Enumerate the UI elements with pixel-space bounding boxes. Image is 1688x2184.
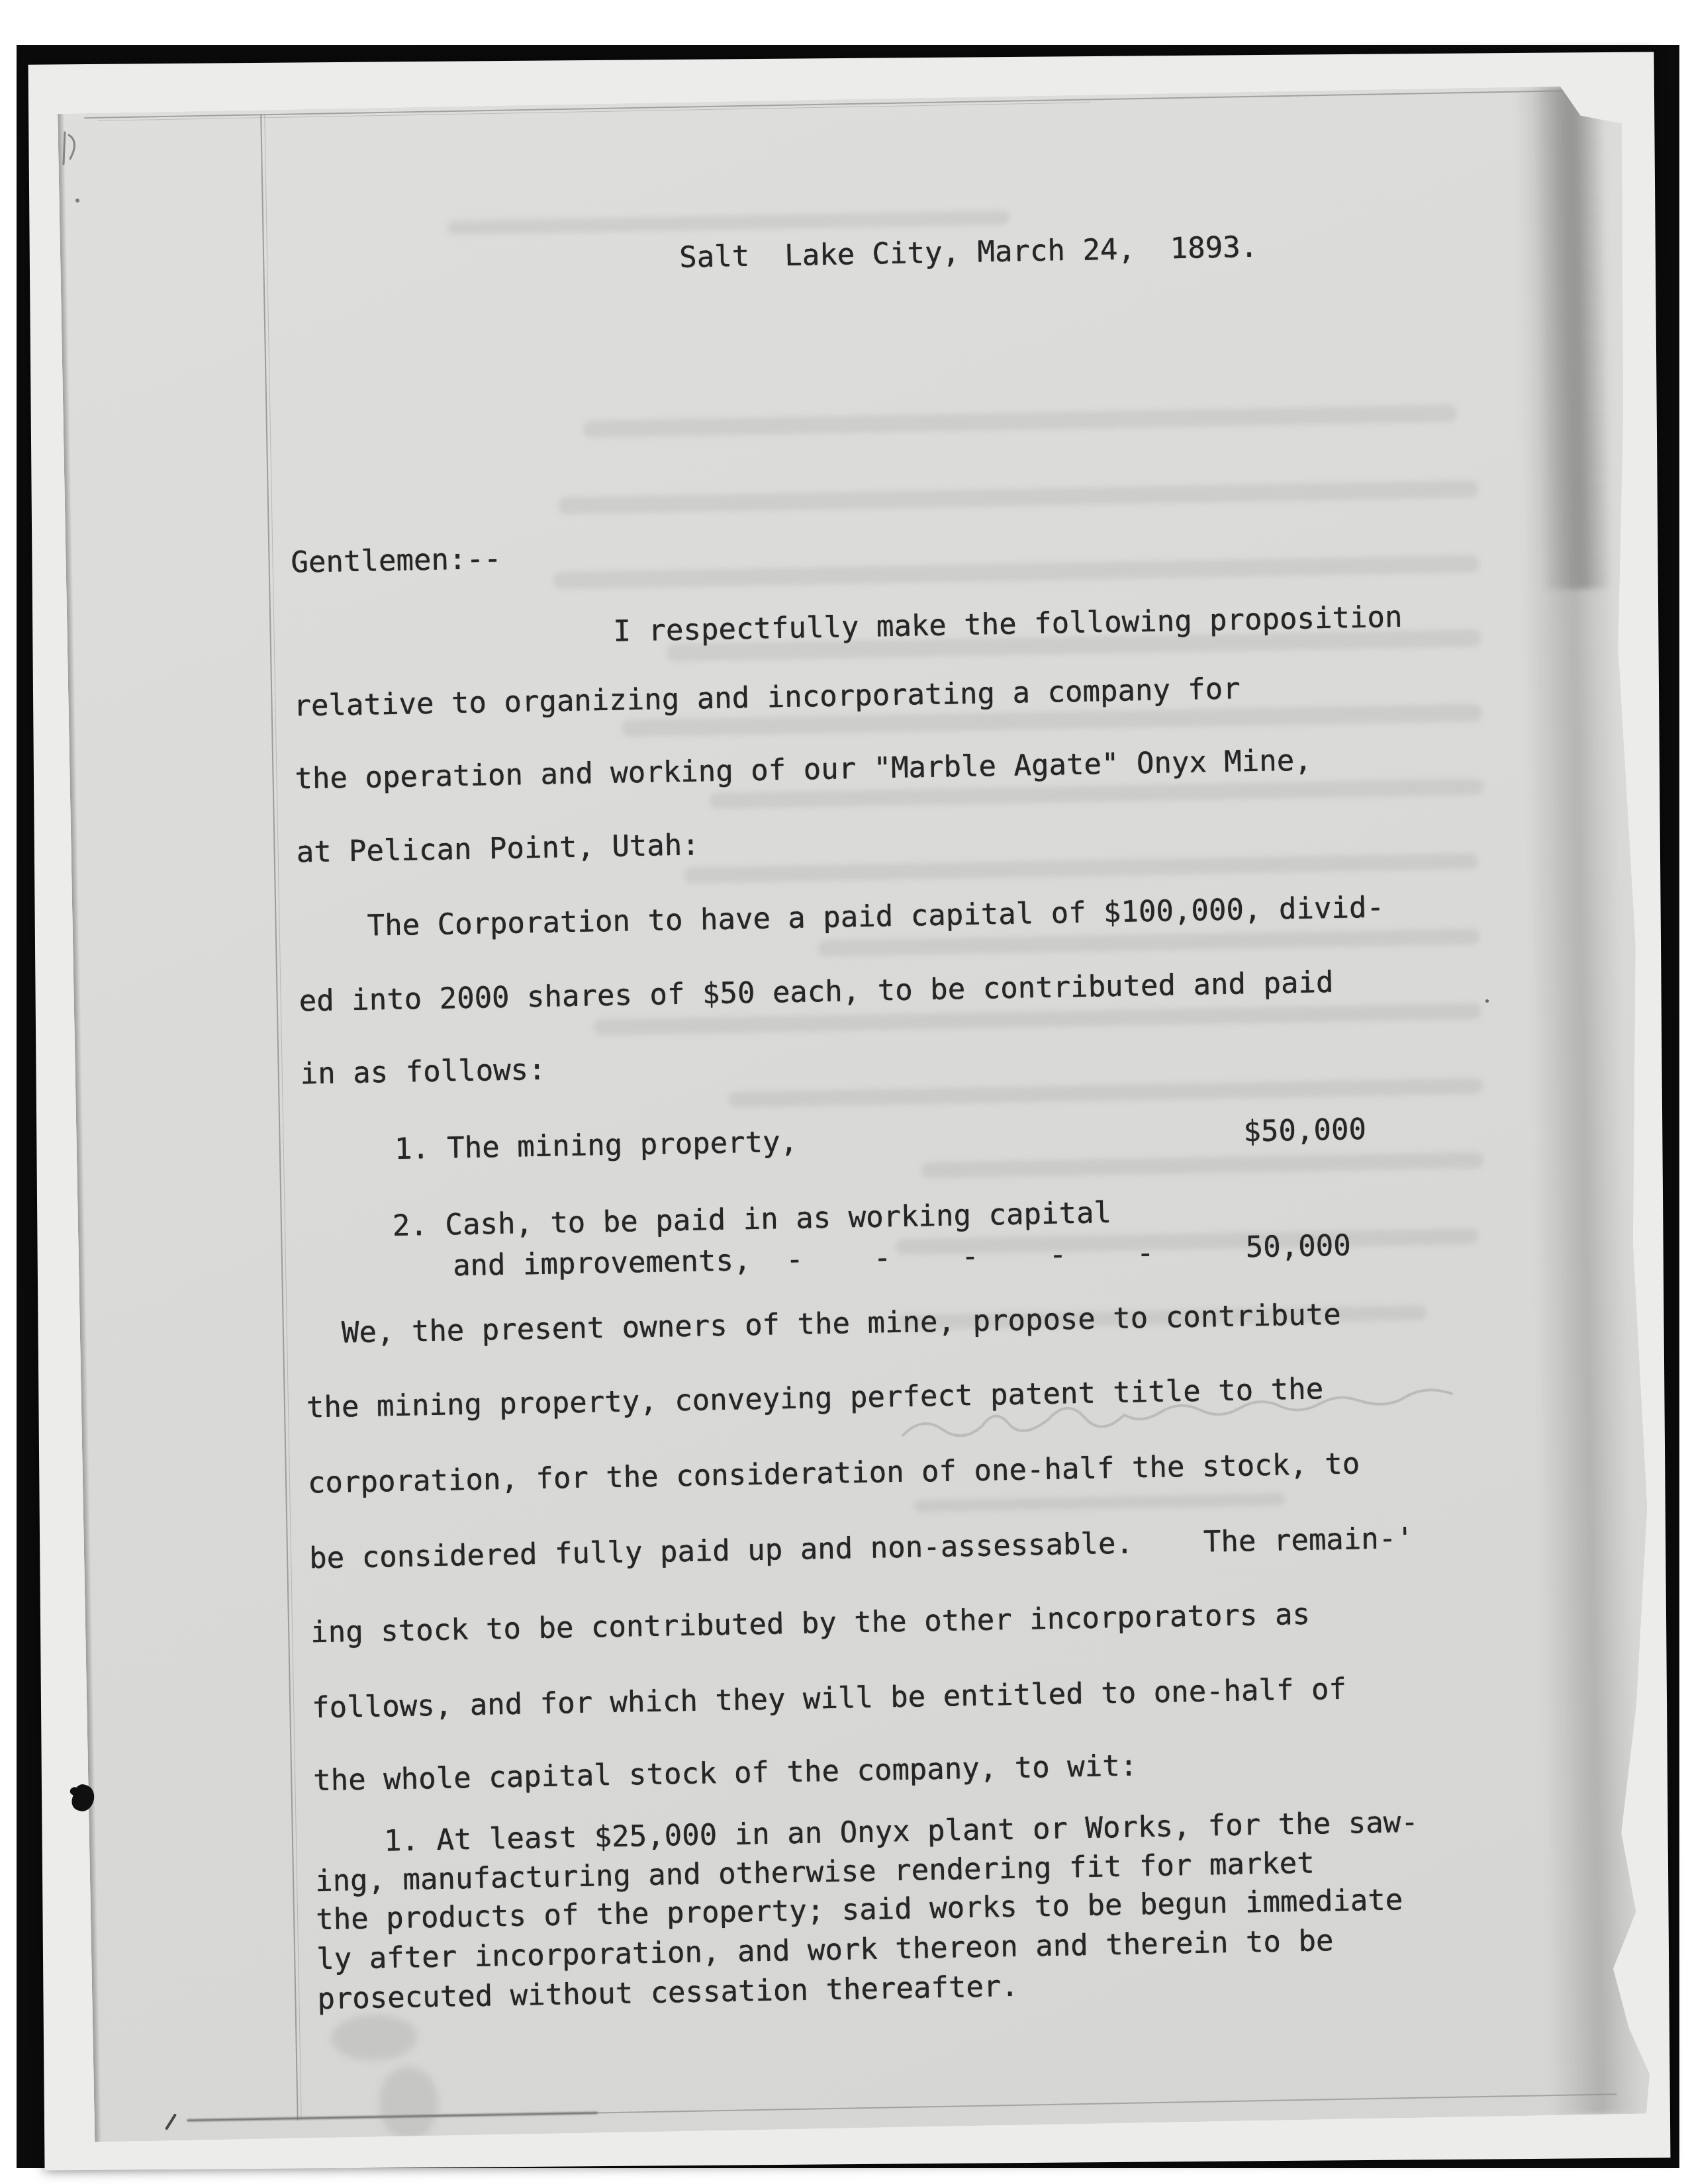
pencil-smudge	[378, 2066, 439, 2140]
typed-line: in as follows:	[300, 1054, 546, 1091]
list-item: and improvements, - - - - -	[453, 1237, 1154, 1283]
list-item: 2. Cash, to be paid in as working capita…	[393, 1197, 1112, 1243]
typed-line: We, the present owners of the mine, prop…	[341, 1298, 1341, 1350]
speck	[75, 199, 79, 203]
speck	[1485, 999, 1489, 1003]
typed-line: corporation, for the consideration of on…	[308, 1447, 1360, 1500]
salutation: Gentlemen:--	[291, 543, 502, 580]
typed-line: the whole capital stock of the company, …	[313, 1750, 1138, 1798]
bleedthrough-line	[727, 1078, 1482, 1108]
page-curl-shadow-top	[1530, 85, 1613, 590]
bleedthrough-line	[684, 853, 1478, 884]
bleedthrough-line	[914, 1493, 1285, 1512]
pencil-mark-top-left	[60, 130, 86, 169]
typed-line: be considered fully paid up and non-asse…	[309, 1522, 1415, 1576]
typed-line: prosecuted without cessation thereafter.	[317, 1970, 1019, 2016]
bleedthrough-line	[558, 480, 1478, 514]
letter-page: Salt Lake City, March 24, 1893. Gentleme…	[58, 85, 1664, 2142]
dateline: Salt Lake City, March 24, 1893.	[679, 231, 1258, 275]
pencil-smudge	[331, 2014, 418, 2062]
pencil-margin-line	[260, 114, 299, 2120]
typed-line: at Pelican Point, Utah:	[296, 829, 700, 869]
bleedthrough-line	[921, 1152, 1483, 1179]
pencil-margin-line-double	[264, 114, 302, 2120]
item-amount: $50,000	[1243, 1113, 1366, 1148]
typed-line: follows, and for which they will be enti…	[312, 1673, 1347, 1725]
bleedthrough-line	[553, 555, 1479, 590]
typed-line: ing stock to be contributed by the other…	[310, 1598, 1311, 1650]
bleedthrough-line	[447, 210, 1009, 236]
item-amount: 50,000	[1245, 1229, 1351, 1264]
list-item: 1. The mining property,	[394, 1126, 798, 1166]
bleedthrough-line	[583, 404, 1457, 437]
